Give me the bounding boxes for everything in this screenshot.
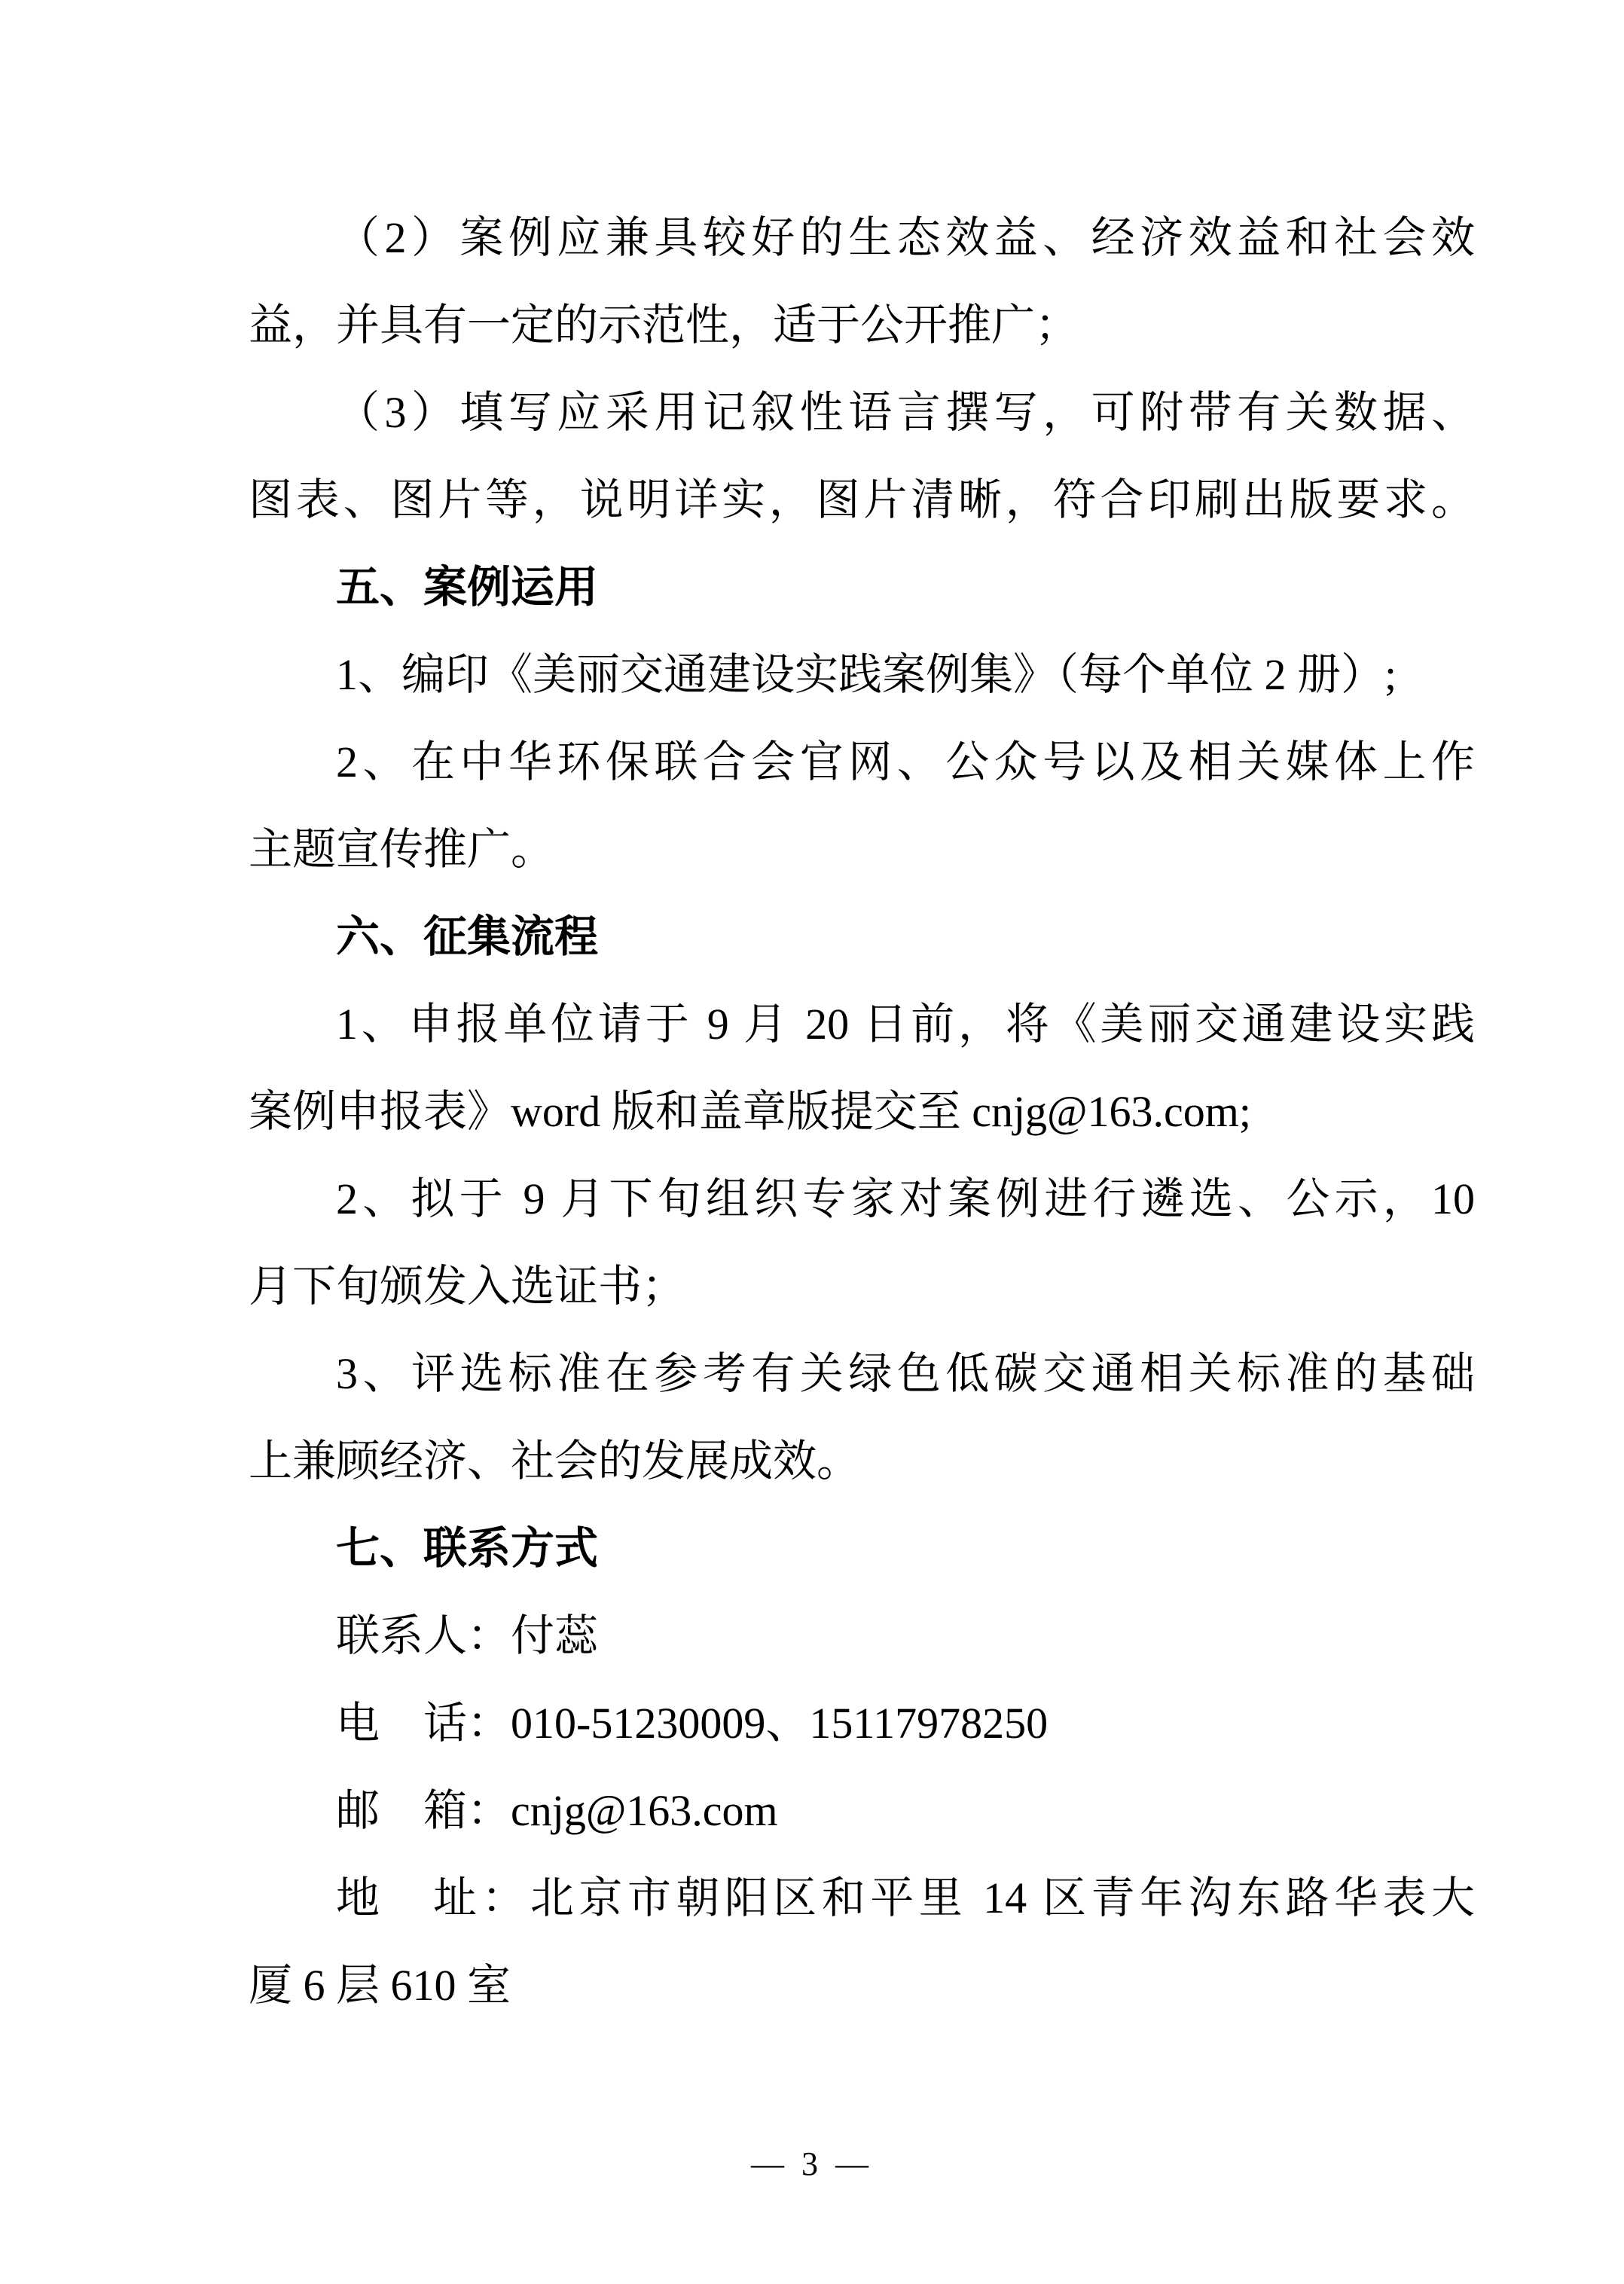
- doc-line-8: 主题宣传推广。: [249, 806, 1475, 893]
- page-number: — 3 —: [0, 2138, 1624, 2191]
- doc-line-1: （2）案例应兼具较好的生态效益、经济效益和社会效: [249, 194, 1475, 282]
- doc-line-10: 1、申报单位请于 9 月 20 日前，将《美丽交通建设实践: [249, 981, 1475, 1068]
- doc-line-4: 图表、图片等，说明详实，图片清晰，符合印刷出版要求。: [249, 456, 1475, 544]
- contact-person-line: 联系人：付蕊: [249, 1592, 1475, 1680]
- section-heading-7: 七、联系方式: [249, 1505, 1475, 1592]
- doc-line-6: 1、编印《美丽交通建设实践案例集》（每个单位 2 册）;: [249, 631, 1475, 719]
- contact-email-line: 邮 箱：cnjg@163.com: [249, 1767, 1475, 1855]
- section-heading-5: 五、案例运用: [249, 544, 1475, 631]
- document-body: （2）案例应兼具较好的生态效益、经济效益和社会效 益，并具有一定的示范性，适于公…: [249, 194, 1475, 2029]
- contact-address-line-2: 厦 6 层 610 室: [249, 1942, 1475, 2029]
- doc-line-2: 益，并具有一定的示范性，适于公开推广；: [249, 282, 1475, 369]
- document-page: （2）案例应兼具较好的生态效益、经济效益和社会效 益，并具有一定的示范性，适于公…: [0, 0, 1624, 2284]
- doc-line-15: 上兼顾经济、社会的发展成效。: [249, 1418, 1475, 1505]
- contact-phone-line: 电 话：010-51230009、15117978250: [249, 1680, 1475, 1767]
- contact-address-line: 地 址：北京市朝阳区和平里 14 区青年沟东路华表大: [249, 1855, 1475, 1942]
- doc-line-11: 案例申报表》word 版和盖章版提交至 cnjg@163.com;: [249, 1068, 1475, 1156]
- doc-line-12: 2、拟于 9 月下旬组织专家对案例进行遴选、公示，10: [249, 1156, 1475, 1243]
- doc-line-14: 3、评选标准在参考有关绿色低碳交通相关标准的基础: [249, 1330, 1475, 1418]
- doc-line-3: （3）填写应采用记叙性语言撰写，可附带有关数据、: [249, 369, 1475, 456]
- doc-line-13: 月下旬颁发入选证书；: [249, 1243, 1475, 1330]
- doc-line-7: 2、在中华环保联合会官网、公众号以及相关媒体上作: [249, 719, 1475, 806]
- section-heading-6: 六、征集流程: [249, 893, 1475, 981]
